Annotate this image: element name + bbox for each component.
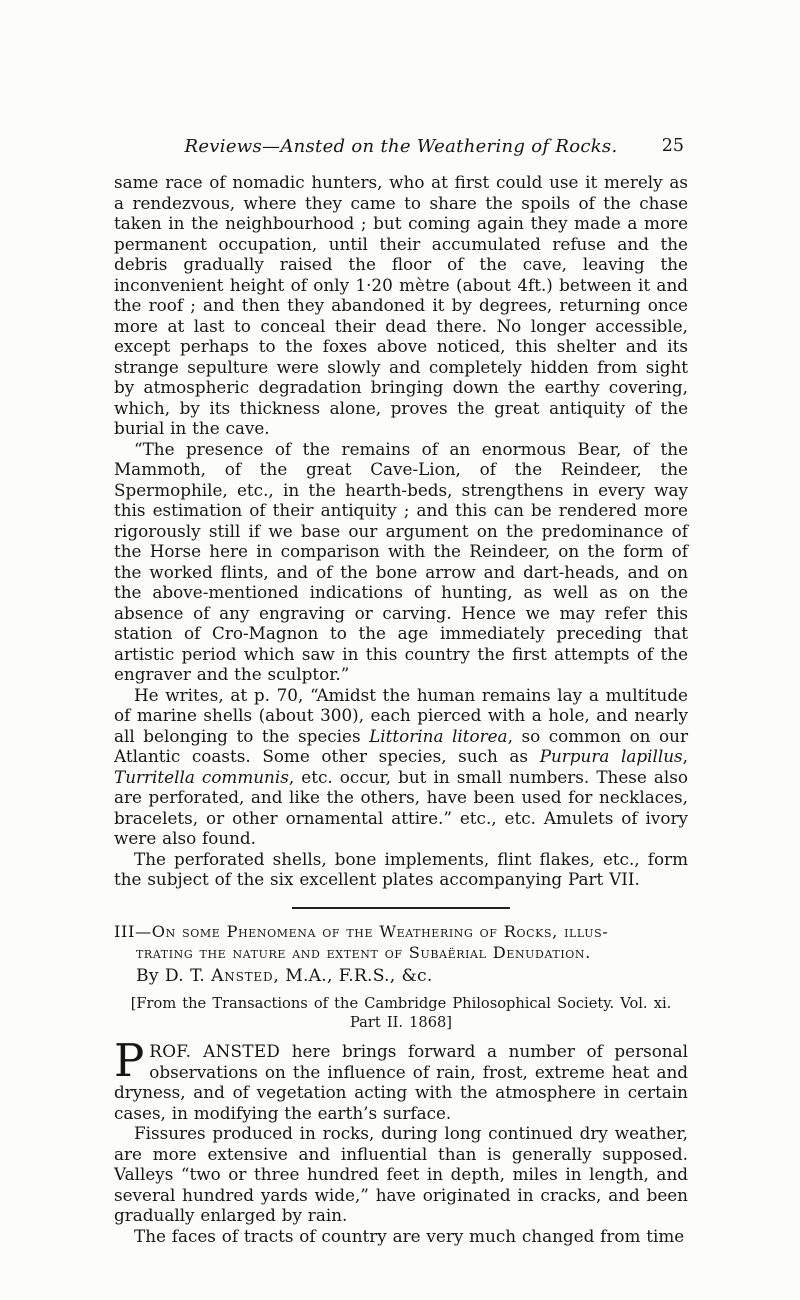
lead-capitals: ROF. ANSTED	[149, 1041, 280, 1061]
drop-cap-letter: P	[114, 1041, 149, 1079]
paragraph-faces-of-tracts: The faces of tracts of country are very …	[114, 1226, 688, 1247]
source-citation-line-1: [From the Transactions of the Cambridge …	[114, 994, 688, 1013]
paragraph-review-continuation: same race of nomadic hunters, who at fir…	[114, 172, 688, 439]
running-header: Reviews—Ansted on the Weathering of Rock…	[114, 136, 688, 157]
byline-prefix: By D. T.	[136, 966, 211, 986]
species-name-purpura: Purpura lapillus	[540, 746, 683, 766]
article-heading: III—On some Phenomena of the Weathering …	[114, 921, 688, 988]
paragraph-prof-ansted-intro: PROF. ANSTED here brings forward a numbe…	[114, 1041, 688, 1123]
byline-author-name: Ansted	[211, 966, 273, 986]
paragraph-text: ,	[683, 746, 688, 766]
running-header-title: Reviews—Ansted on the Weathering of Rock…	[185, 136, 618, 157]
paragraph-marine-shells: He writes, at p. 70, “Amidst the human r…	[114, 685, 688, 849]
species-name-turritella: Turritella communis	[114, 767, 289, 787]
article-byline: By D. T. Ansted, M.A., F.R.S., &c.	[114, 966, 688, 988]
species-name-littorina: Littorina litorea	[369, 726, 507, 746]
text-column: same race of nomadic hunters, who at fir…	[114, 172, 688, 1246]
page-number: 25	[662, 136, 684, 156]
source-citation-line-2: Part II. 1868]	[114, 1013, 688, 1032]
paragraph-fissures: Fissures produced in rocks, during long …	[114, 1123, 688, 1226]
byline-suffix: , M.A., F.R.S., &c.	[273, 966, 432, 986]
scanned-document-page: Reviews—Ansted on the Weathering of Rock…	[0, 0, 800, 1300]
article-title-line-1: III—On some Phenomena of the Weathering …	[114, 921, 688, 943]
paragraph-perforated-shells: The perforated shells, bone implements, …	[114, 849, 688, 890]
paragraph-quotation-bear-mammoth: “The presence of the remains of an enorm…	[114, 439, 688, 685]
article-title-line-2: trating the nature and extent of Subaëri…	[114, 942, 688, 964]
section-divider-rule	[292, 907, 510, 909]
source-citation: [From the Transactions of the Cambridge …	[114, 994, 688, 1032]
